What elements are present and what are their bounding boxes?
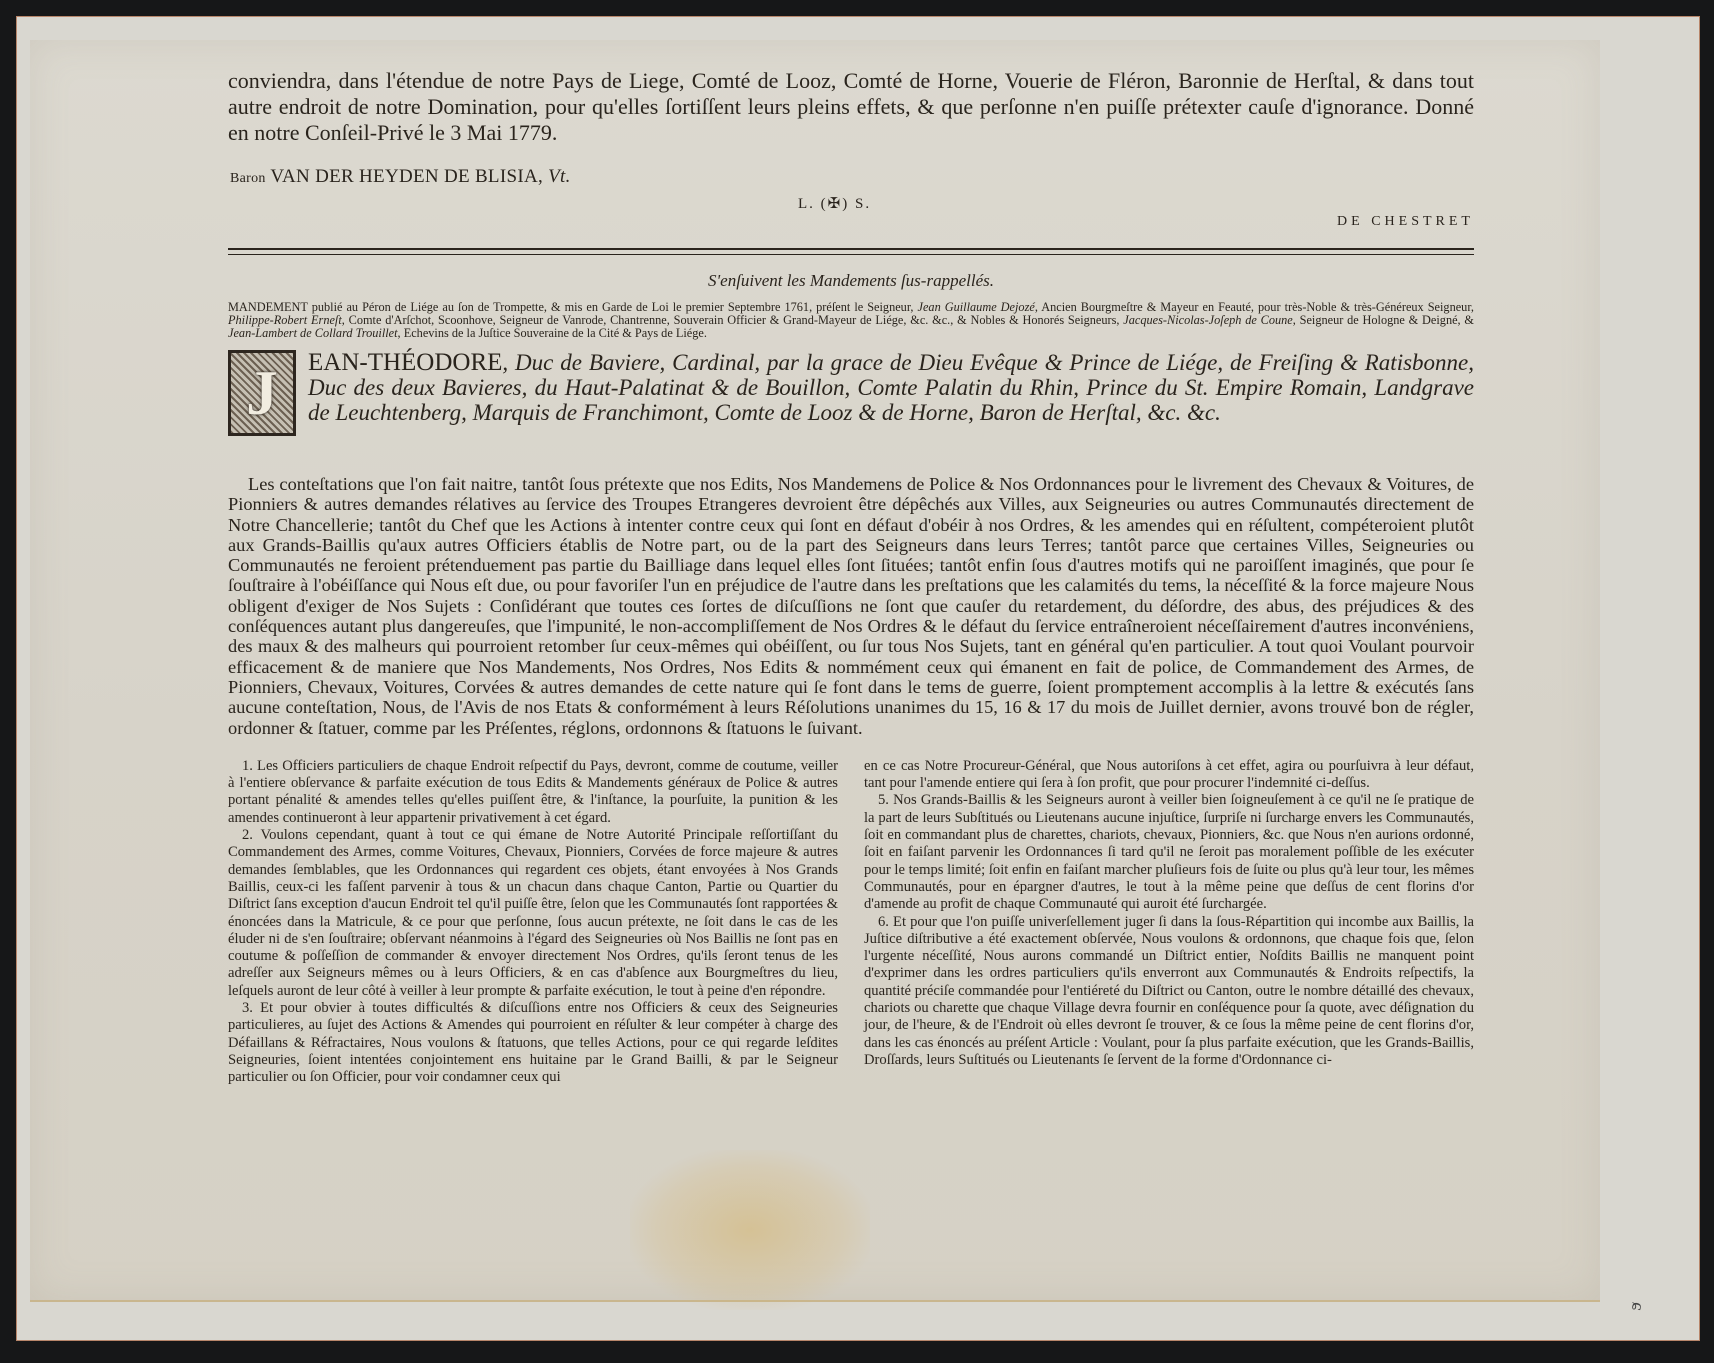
person-name: Philippe-Robert Erneſt [228,313,342,327]
document-content: conviendra, dans l'étendue de notre Pays… [228,68,1474,1087]
ornamental-initial-icon: J [228,350,296,436]
mandement-header: MANDEMENT publié au Péron de Liége au ſo… [228,301,1474,340]
signature-block: Baron VAN DER HEYDEN DE BLISIA, Vt. L. (… [228,146,1474,226]
articles-right-column: en ce cas Notre Procureur-Général, que N… [864,758,1474,1087]
article-6: 6. Et pour que l'on puiſſe univerſelleme… [864,914,1474,1070]
sovereign-titles: EAN-THÉODORE, Duc de Baviere, Cardinal, … [308,350,1474,425]
mandement-text: , Echevins de la Juſtice Souveraine de l… [398,326,707,340]
seal-mark: L. (✠) S. [798,194,871,213]
articles-left-column: 1. Les Officiers particuliers de chaque … [228,758,838,1087]
divider-rule [228,248,1474,255]
baron-signature: Baron VAN DER HEYDEN DE BLISIA, Vt. [230,166,571,188]
person-name: Jean Guillaume Dejozé [918,300,1035,314]
section-title: S'enſuivent les Mandements ſus-rappellés… [228,271,1474,291]
person-name: Jacques-Nicolas-Joſeph de Coune [1123,313,1292,327]
dropcap-letter: J [246,361,278,425]
water-stain [630,1150,870,1310]
sovereign-name: EAN-THÉODORE [308,349,502,376]
baron-prefix: Baron [230,171,266,186]
mandement-text: publié au Péron de Liége au ſon de Tromp… [308,300,918,314]
mandement-text: , Ancien Bourgmeſtre & Mayeur en Feauté,… [1035,300,1474,314]
mandement-text: , Seigneur de Hologne & Deigné, & [1293,313,1474,327]
preamble-paragraph: Les conteſtations que l'on fait naitre, … [228,474,1474,738]
article-3: 3. Et pour obvier à toutes difficultés &… [228,1000,838,1086]
closing-paragraph: conviendra, dans l'étendue de notre Pays… [228,68,1474,146]
article-2: 2. Voulons cependant, quant à tout ce qu… [228,827,838,1000]
mandement-text: , Comte d'Arſchot, Scoonhove, Seigneur d… [342,313,1124,327]
countersignature: DE CHESTRET [1337,214,1474,230]
sovereign-title-block: J EAN-THÉODORE, Duc de Baviere, Cardinal… [228,350,1474,452]
baron-name: VAN DER HEYDEN DE BLISIA, [266,166,548,187]
article-4-continuation: en ce cas Notre Procureur-Général, que N… [864,758,1474,793]
article-1: 1. Les Officiers particuliers de chaque … [228,758,838,827]
person-name: Jean-Lambert de Collard Trouillet [228,326,398,340]
baron-suffix: Vt. [548,166,571,187]
articles-columns: 1. Les Officiers particuliers de chaque … [228,758,1474,1087]
article-5: 5. Nos Grands-Baillis & les Seigneurs au… [864,792,1474,913]
mandement-lead: MANDEMENT [228,300,308,314]
